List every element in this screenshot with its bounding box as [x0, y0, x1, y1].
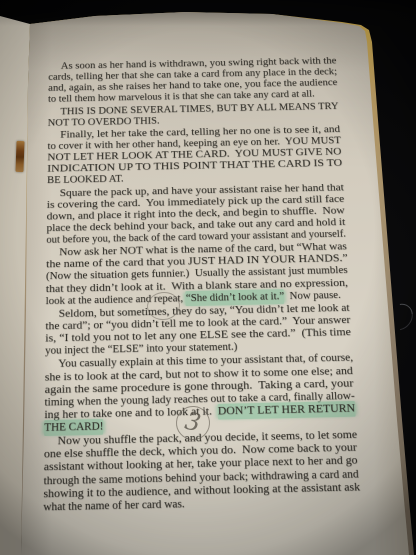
text-block: As soon as her hand is withdrawn, you sw… — [43, 55, 361, 518]
text-segment: BE LOOKED AT. — [47, 173, 124, 186]
bookmark-tab — [15, 141, 24, 172]
annotation-number: 3 — [183, 407, 204, 438]
paragraph: Finally, let her take the card, telling … — [47, 123, 343, 186]
text-segment: what the name of her card was. — [43, 497, 185, 513]
paragraph: Now you shuffle the pack, and you decide… — [43, 428, 360, 513]
paragraph: Now ask her NOT what is the name of the … — [46, 241, 350, 307]
paragraph: Seldom, but sometimes, they do say, “You… — [45, 302, 352, 357]
paragraph: As soon as her hand is withdrawn, you sw… — [48, 55, 339, 105]
book-photo: As soon as her hand is withdrawn, you sw… — [0, 0, 416, 555]
highlighted-text: DON’T LET HER RETURN — [218, 401, 356, 420]
paragraph: Square the pack up, and have your assist… — [46, 181, 346, 245]
text-segment: NOT TO OVERDO THIS. — [48, 115, 160, 128]
text-segment: Now pause. — [284, 289, 341, 302]
